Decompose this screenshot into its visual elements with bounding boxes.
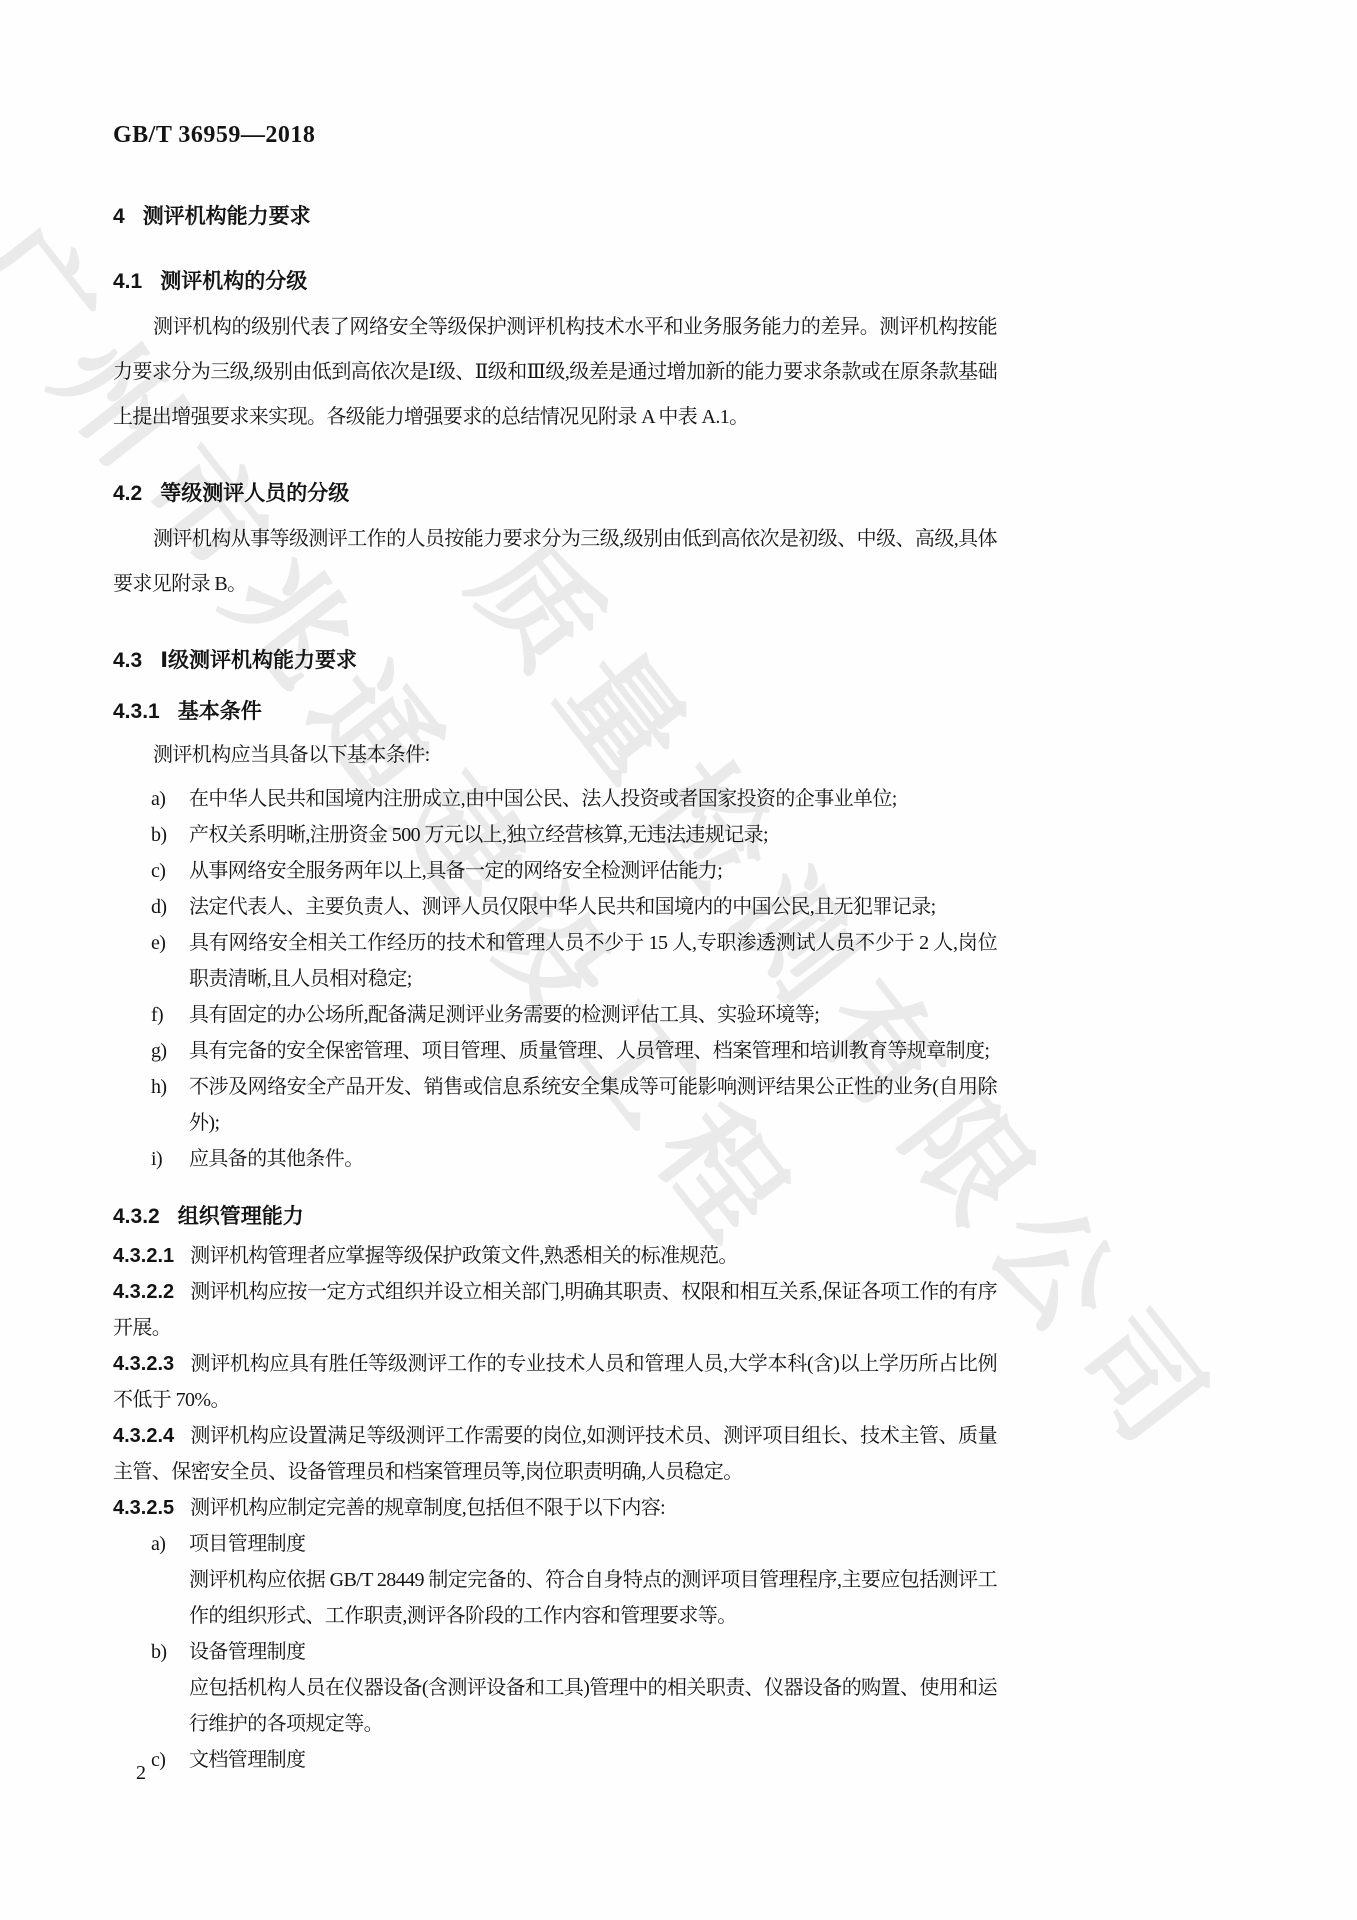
list-item-f: f)具有固定的办公场所,配备满足测评业务需要的检测评估工具、实验环境等; xyxy=(113,997,997,1033)
list-item-marker: c) xyxy=(151,853,165,889)
list-item-marker: b) xyxy=(151,817,166,853)
heading-number: 4.3.1 xyxy=(113,700,160,723)
clause-4.3.2.3: 4.3.2.3测评机构应具有胜任等级测评工作的专业技术人员和管理人员,大学本科(… xyxy=(113,1346,997,1418)
clause-text: 测评机构应制定完善的规章制度,包括但不限于以下内容: xyxy=(190,1497,665,1519)
list-item-marker: h) xyxy=(151,1069,166,1105)
clause-4.3.2.5: 4.3.2.5测评机构应制定完善的规章制度,包括但不限于以下内容: xyxy=(113,1490,997,1526)
page-number: 2 xyxy=(136,1762,146,1785)
list-item-marker: d) xyxy=(151,889,166,925)
list-item-text: 具有固定的办公场所,配备满足测评业务需要的检测评估工具、实验环境等; xyxy=(189,1004,819,1026)
heading-number: 4.3 xyxy=(113,649,142,672)
clause-4.3.2.4: 4.3.2.4测评机构应设置满足等级测评工作需要的岗位,如测评技术员、测评项目组… xyxy=(113,1418,997,1490)
sub-list-item-a: a)项目管理制度测评机构应依据 GB/T 28449 制定完备的、符合自身特点的… xyxy=(113,1526,997,1634)
list-item-g: g)具有完备的安全保密管理、项目管理、质量管理、人员管理、档案管理和培训教育等规… xyxy=(113,1033,997,1069)
document-body: 4测评机构能力要求4.1测评机构的分级测评机构的级别代表了网络安全等级保护测评机… xyxy=(113,205,997,1778)
list-item-marker: a) xyxy=(151,1526,165,1562)
list-item-description: 应包括机构人员在仪器设备(含测评设备和工具)管理中的相关职责、仪器设备的购置、使… xyxy=(189,1670,997,1742)
list-item-text: 法定代表人、主要负责人、测评人员仅限中华人民共和国境内的中国公民,且无犯罪记录; xyxy=(189,896,936,918)
list-item-h: h)不涉及网络安全产品开发、销售或信息系统安全集成等可能影响测评结果公正性的业务… xyxy=(113,1069,997,1141)
list-item-marker: b) xyxy=(151,1634,166,1670)
list-item-title: 项目管理制度 xyxy=(189,1533,305,1555)
paragraph: 测评机构的级别代表了网络安全等级保护测评机构技术水平和业务服务能力的差异。测评机… xyxy=(113,305,997,440)
scanned-document-page: { "document": { "standard_number": "GB/T… xyxy=(0,0,1357,1920)
section-heading-4: 4测评机构能力要求 xyxy=(113,205,997,228)
paragraph: 测评机构从事等级测评工作的人员按能力要求分为三级,级别由低到高依次是初级、中级、… xyxy=(113,517,997,607)
heading-number: 4 xyxy=(113,205,125,228)
clause-4.3.2.1: 4.3.2.1测评机构管理者应掌握等级保护政策文件,熟悉相关的标准规范。 xyxy=(113,1238,997,1274)
list-item-b: b)产权关系明晰,注册资金 500 万元以上,独立经营核算,无违法违规记录; xyxy=(113,817,997,853)
heading-title: 基本条件 xyxy=(178,700,262,723)
clause-number: 4.3.2.2 xyxy=(113,1281,174,1303)
heading-number: 4.3.2 xyxy=(113,1205,160,1228)
section-heading-4.3: 4.3Ⅰ级测评机构能力要求 xyxy=(113,649,997,672)
paragraph: 测评机构应当具备以下基本条件: xyxy=(113,735,997,775)
list-item-d: d)法定代表人、主要负责人、测评人员仅限中华人民共和国境内的中国公民,且无犯罪记… xyxy=(113,889,997,925)
sub-list-item-b: b)设备管理制度应包括机构人员在仪器设备(含测评设备和工具)管理中的相关职责、仪… xyxy=(113,1634,997,1742)
list-item-marker: f) xyxy=(151,997,163,1033)
clause-number: 4.3.2.3 xyxy=(113,1353,174,1375)
list-item-title: 文档管理制度 xyxy=(189,1749,305,1771)
list-item-text: 在中华人民共和国境内注册成立,由中国公民、法人投资或者国家投资的企事业单位; xyxy=(189,788,897,810)
list-item-text: 应具备的其他条件。 xyxy=(189,1148,364,1170)
list-item-marker: a) xyxy=(151,781,165,817)
heading-title: 等级测评人员的分级 xyxy=(160,482,349,505)
list-item-text: 产权关系明晰,注册资金 500 万元以上,独立经营核算,无违法违规记录; xyxy=(189,824,768,846)
list-item-text: 具有完备的安全保密管理、项目管理、质量管理、人员管理、档案管理和培训教育等规章制… xyxy=(189,1040,989,1062)
list-item-marker: i) xyxy=(151,1141,162,1177)
list-item-text: 具有网络安全相关工作经历的技术和管理人员不少于 15 人,专职渗透测试人员不少于… xyxy=(189,932,997,990)
clause-text: 测评机构应具有胜任等级测评工作的专业技术人员和管理人员,大学本科(含)以上学历所… xyxy=(113,1353,997,1411)
list-item-marker: c) xyxy=(151,1742,165,1778)
sub-list-item-c: c)文档管理制度 xyxy=(113,1742,997,1778)
heading-number: 4.2 xyxy=(113,482,142,505)
clause-text: 测评机构管理者应掌握等级保护政策文件,熟悉相关的标准规范。 xyxy=(190,1245,738,1267)
list-item-marker: e) xyxy=(151,925,165,961)
clause-text: 测评机构应按一定方式组织并设立相关部门,明确其职责、权限和相互关系,保证各项工作… xyxy=(113,1281,997,1339)
standard-number-header: GB/T 36959—2018 xyxy=(113,122,315,149)
section-heading-4.1: 4.1测评机构的分级 xyxy=(113,270,997,293)
heading-title: 测评机构能力要求 xyxy=(143,205,311,228)
section-heading-4.3.1: 4.3.1基本条件 xyxy=(113,700,997,723)
list-item-text: 从事网络安全服务两年以上,具备一定的网络安全检测评估能力; xyxy=(189,860,722,882)
clause-number: 4.3.2.5 xyxy=(113,1497,174,1519)
list-item-title: 设备管理制度 xyxy=(189,1641,305,1663)
list-item-marker: g) xyxy=(151,1033,166,1069)
clause-text: 测评机构应设置满足等级测评工作需要的岗位,如测评技术员、测评项目组长、技术主管、… xyxy=(113,1425,997,1483)
clause-number: 4.3.2.4 xyxy=(113,1425,174,1447)
list-item-text: 不涉及网络安全产品开发、销售或信息系统安全集成等可能影响测评结果公正性的业务(自… xyxy=(189,1076,997,1134)
list-item-a: a)在中华人民共和国境内注册成立,由中国公民、法人投资或者国家投资的企事业单位; xyxy=(113,781,997,817)
heading-number: 4.1 xyxy=(113,270,142,293)
list-item-e: e)具有网络安全相关工作经历的技术和管理人员不少于 15 人,专职渗透测试人员不… xyxy=(113,925,997,997)
section-heading-4.2: 4.2等级测评人员的分级 xyxy=(113,482,997,505)
list-item-description: 测评机构应依据 GB/T 28449 制定完备的、符合自身特点的测评项目管理程序… xyxy=(189,1562,997,1634)
list-item-i: i)应具备的其他条件。 xyxy=(113,1141,997,1177)
section-heading-4.3.2: 4.3.2组织管理能力 xyxy=(113,1205,997,1228)
clause-4.3.2.2: 4.3.2.2测评机构应按一定方式组织并设立相关部门,明确其职责、权限和相互关系… xyxy=(113,1274,997,1346)
heading-title: 测评机构的分级 xyxy=(160,270,307,293)
heading-title: 组织管理能力 xyxy=(178,1205,304,1228)
list-item-c: c)从事网络安全服务两年以上,具备一定的网络安全检测评估能力; xyxy=(113,853,997,889)
clause-number: 4.3.2.1 xyxy=(113,1245,174,1267)
heading-title: Ⅰ级测评机构能力要求 xyxy=(160,649,357,672)
